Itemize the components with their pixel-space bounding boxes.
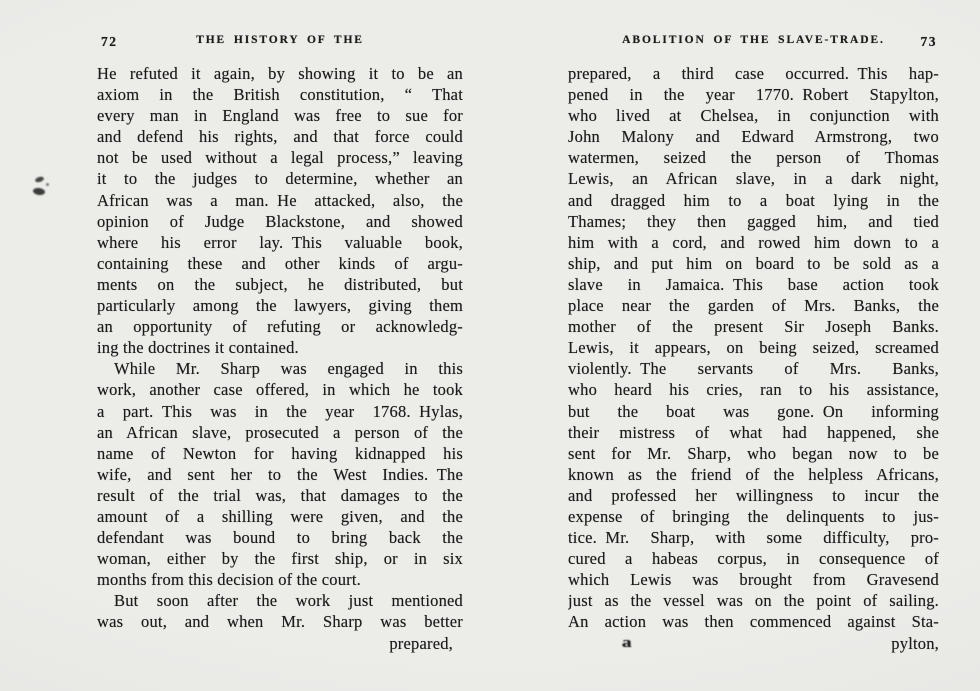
text-line: pened in the year 1770. Robert Stapylton… [568, 84, 939, 105]
text-line: cured a habeas corpus, in consequence of [568, 548, 939, 569]
text-line: Lewis, an African slave, in a dark night… [568, 168, 939, 189]
text-line: expense of bringing the delinquents to j… [568, 506, 939, 527]
text-line: which Lewis was brought from Gravesend [568, 569, 939, 590]
text-line: result of the trial was, that damages to… [97, 485, 463, 506]
text-line: woman, either by the first ship, or in s… [97, 548, 463, 569]
text-line: tice. Mr. Sharp, with some difficulty, p… [568, 527, 939, 548]
text-line: violently. The servants of Mrs. Banks, [568, 358, 939, 379]
right-running-header: ABOLITION OF THE SLAVE-TRADE. 73 [568, 34, 939, 52]
text-line: him with a cord, and rowed him down to a [568, 232, 939, 253]
margin-ink-mark [34, 176, 44, 184]
margin-ink-mark [46, 183, 49, 186]
text-line: Lewis, it appears, on being seized, scre… [568, 337, 939, 358]
text-line: ing the doctrines it contained. [97, 337, 463, 358]
text-line: defendant was bound to bring back the [97, 527, 463, 548]
text-line: Thames; they then gagged him, and tied [568, 211, 939, 232]
page-number-left: 72 [101, 34, 118, 50]
text-line: While Mr. Sharp was engaged in this [97, 358, 463, 379]
text-line: name of Newton for having kidnapped his [97, 443, 463, 464]
text-line: but the boat was gone. On informing [568, 401, 939, 422]
right-page: ABOLITION OF THE SLAVE-TRADE. 73 prepare… [568, 0, 939, 691]
text-line: and professed her willingness to incur t… [568, 485, 939, 506]
text-line: a part. This was in the year 1768. Hylas… [97, 401, 463, 422]
text-line: where his error lay. This valuable book, [97, 232, 463, 253]
text-line: and defend his rights, and that force co… [97, 126, 463, 147]
text-line: ship, and put him on board to be sold as… [568, 253, 939, 274]
text-line: containing these and other kinds of argu… [97, 253, 463, 274]
text-line: amount of a shilling were given, and the [97, 506, 463, 527]
left-text-lines: He refuted it again, by showing it to be… [97, 63, 463, 633]
text-line: mother of the present Sir Joseph Banks. [568, 316, 939, 337]
text-line: slave in Jamaica. This base action took [568, 274, 939, 295]
catchword-text: prepared, [389, 634, 453, 653]
running-title-left: THE HISTORY OF THE [97, 34, 463, 46]
text-line: an opportunity of refuting or acknowledg… [97, 316, 463, 337]
signature-mark: a [622, 633, 632, 654]
text-line: just as the vessel was on the point of s… [568, 590, 939, 611]
text-line: who heard his cries, ran to his assistan… [568, 379, 939, 400]
book-scan: { "page": { "paper_color": "#e9e9e6", "i… [0, 0, 980, 691]
text-line: prepared, a third case occurred. This ha… [568, 63, 939, 84]
right-page-text: prepared, a third case occurred. This ha… [568, 63, 939, 654]
text-line: work, another case offered, in which he … [97, 379, 463, 400]
text-line: He refuted it again, by showing it to be… [97, 63, 463, 84]
catchword-right-row: a pylton, [568, 633, 939, 654]
text-line: John Malony and Edward Armstrong, two [568, 126, 939, 147]
left-running-header: 72 THE HISTORY OF THE [97, 34, 463, 52]
text-line: not be used without a legal process,” le… [97, 147, 463, 168]
text-line: every man in England was free to sue for [97, 105, 463, 126]
catchword-text: pylton, [891, 634, 939, 653]
text-line: who lived at Chelsea, in conjunction wit… [568, 105, 939, 126]
left-page-text: He refuted it again, by showing it to be… [97, 63, 463, 654]
margin-ink-mark [33, 187, 46, 196]
text-line: was out, and when Mr. Sharp was better [97, 611, 463, 632]
text-line: ments on the subject, he distributed, bu… [97, 274, 463, 295]
text-line: place near the garden of Mrs. Banks, the [568, 295, 939, 316]
text-line: months from this decision of the court. [97, 569, 463, 590]
text-line: An action was then commenced against Sta… [568, 611, 939, 632]
text-line: sent for Mr. Sharp, who began now to be [568, 443, 939, 464]
text-line: it to the judges to determine, whether a… [97, 168, 463, 189]
catchword-left: prepared, [97, 633, 463, 654]
text-line: wife, and sent her to the West Indies. T… [97, 464, 463, 485]
text-line: their mistress of what had happened, she [568, 422, 939, 443]
text-line: But soon after the work just mentioned [97, 590, 463, 611]
left-page: 72 THE HISTORY OF THE He refuted it agai… [97, 0, 463, 691]
text-line: known as the friend of the helpless Afri… [568, 464, 939, 485]
right-text-lines: prepared, a third case occurred. This ha… [568, 63, 939, 633]
text-line: and dragged him to a boat lying in the [568, 190, 939, 211]
running-title-right: ABOLITION OF THE SLAVE-TRADE. [568, 34, 939, 46]
page-number-right: 73 [921, 34, 938, 50]
text-line: watermen, seized the person of Thomas [568, 147, 939, 168]
text-line: axiom in the British constitution, “ Tha… [97, 84, 463, 105]
text-line: particularly among the lawyers, giving t… [97, 295, 463, 316]
text-line: African was a man. He attacked, also, th… [97, 190, 463, 211]
text-line: opinion of Judge Blackstone, and showed [97, 211, 463, 232]
text-line: an African slave, prosecuted a person of… [97, 422, 463, 443]
